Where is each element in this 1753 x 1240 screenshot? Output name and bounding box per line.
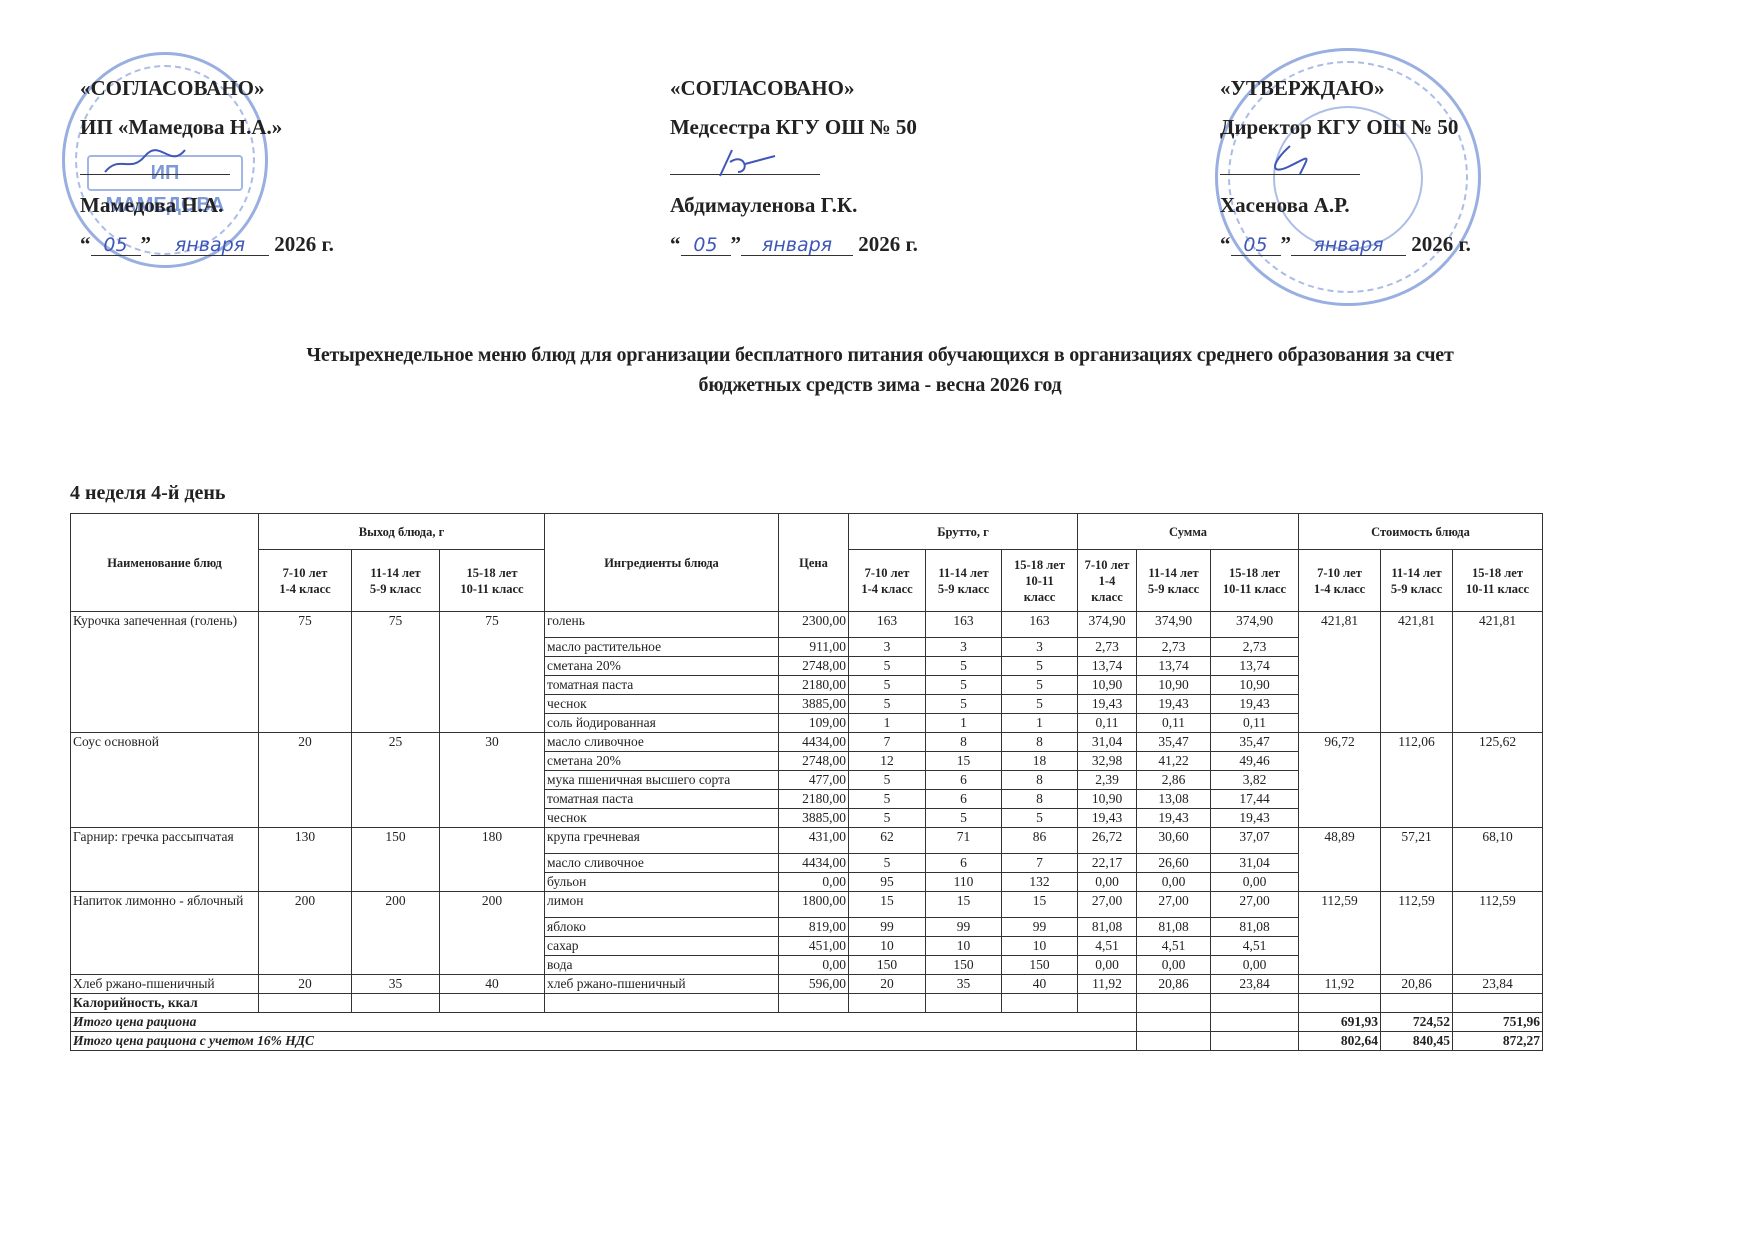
ingredient-sum-3: 23,84: [1211, 975, 1299, 994]
calories-cell: [545, 994, 779, 1013]
dish-cost-2: 112,06: [1381, 733, 1453, 828]
approval-name: Хасенова А.Р.: [1220, 195, 1471, 214]
ingredient-gross-2: 5: [926, 695, 1002, 714]
dish-yield-2: 75: [352, 612, 440, 733]
total-vat-row-value-2: 840,45: [1381, 1032, 1453, 1051]
calories-cell: [926, 994, 1002, 1013]
dish-yield-1: 75: [259, 612, 352, 733]
ingredient-gross-2: 15: [926, 752, 1002, 771]
ingredient-sum-3: 0,11: [1211, 714, 1299, 733]
total-vat-row-empty: [1137, 1032, 1211, 1051]
ingredient-sum-3: 49,46: [1211, 752, 1299, 771]
calories-cell: [1381, 994, 1453, 1013]
approval-name: Мамедова Н.А.: [80, 195, 334, 214]
ingredient-sum-3: 19,43: [1211, 809, 1299, 828]
ingredient-name: соль йодированная: [545, 714, 779, 733]
dish-yield-3: 30: [440, 733, 545, 828]
approval-name: Абдимауленова Г.К.: [670, 195, 918, 214]
ingredient-price: 2748,00: [779, 657, 849, 676]
ingredient-gross-3: 10: [1002, 937, 1078, 956]
approval-position: Директор КГУ ОШ № 50: [1220, 117, 1471, 136]
ingredient-gross-1: 5: [849, 695, 926, 714]
ingredient-gross-3: 3: [1002, 638, 1078, 657]
dish-yield-3: 75: [440, 612, 545, 733]
ingredient-name: вода: [545, 956, 779, 975]
ingredient-gross-3: 8: [1002, 790, 1078, 809]
calories-cell: [849, 994, 926, 1013]
header-dish-name: Наименование блюд: [71, 514, 259, 612]
ingredient-sum-1: 11,92: [1078, 975, 1137, 994]
dish-yield-1: 20: [259, 975, 352, 994]
ingredient-sum-1: 0,00: [1078, 873, 1137, 892]
ingredient-gross-3: 8: [1002, 771, 1078, 790]
ingredient-sum-3: 17,44: [1211, 790, 1299, 809]
total-row: Итого цена рациона691,93724,52751,96: [71, 1013, 1543, 1032]
signature-line: [1220, 156, 1471, 175]
ingredient-name: бульон: [545, 873, 779, 892]
date-month: января: [175, 234, 245, 256]
ingredient-gross-3: 40: [1002, 975, 1078, 994]
ingredient-sum-2: 374,90: [1137, 612, 1211, 638]
dish-yield-1: 130: [259, 828, 352, 892]
ingredient-sum-2: 13,74: [1137, 657, 1211, 676]
ingredient-sum-2: 30,60: [1137, 828, 1211, 854]
ingredient-sum-3: 19,43: [1211, 695, 1299, 714]
dish-name: Хлеб ржано-пшеничный: [71, 975, 259, 994]
header-yield-age-2: 11-14 лет5-9 класс: [352, 550, 440, 612]
total-row-label: Итого цена рациона: [71, 1013, 1137, 1032]
total-row-value-1: 691,93: [1299, 1013, 1381, 1032]
ingredient-sum-2: 41,22: [1137, 752, 1211, 771]
calories-cell: [1078, 994, 1137, 1013]
ingredient-gross-2: 5: [926, 809, 1002, 828]
header-sum: Сумма: [1078, 514, 1299, 550]
ingredient-gross-3: 86: [1002, 828, 1078, 854]
signature-icon: [100, 144, 190, 178]
total-row-value-3: 751,96: [1453, 1013, 1543, 1032]
ingredient-price: 596,00: [779, 975, 849, 994]
calories-cell: [1002, 994, 1078, 1013]
date-year: 2026 г.: [274, 232, 334, 256]
ingredient-sum-3: 31,04: [1211, 854, 1299, 873]
ingredient-sum-3: 4,51: [1211, 937, 1299, 956]
approval-date: “05”января 2026 г.: [1220, 234, 1471, 256]
ingredient-gross-1: 62: [849, 828, 926, 854]
ingredient-sum-1: 2,39: [1078, 771, 1137, 790]
ingredient-name: мука пшеничная высшего сорта: [545, 771, 779, 790]
signature-icon: [1240, 144, 1330, 178]
header-sum-age-3: 15-18 лет10-11 класс: [1211, 550, 1299, 612]
header-ingredients: Ингредиенты блюда: [545, 514, 779, 612]
ingredient-name: крупа гречневая: [545, 828, 779, 854]
ingredient-sum-2: 2,86: [1137, 771, 1211, 790]
ingredient-gross-1: 5: [849, 657, 926, 676]
dish-cost-2: 421,81: [1381, 612, 1453, 733]
dish-cost-2: 112,59: [1381, 892, 1453, 975]
ingredient-gross-2: 10: [926, 937, 1002, 956]
ingredient-gross-3: 163: [1002, 612, 1078, 638]
ingredient-sum-2: 10,90: [1137, 676, 1211, 695]
ingredient-name: чеснок: [545, 809, 779, 828]
ingredient-sum-3: 3,82: [1211, 771, 1299, 790]
ingredient-gross-1: 163: [849, 612, 926, 638]
dish-cost-3: 421,81: [1453, 612, 1543, 733]
ingredient-gross-1: 5: [849, 790, 926, 809]
ingredient-name: сахар: [545, 937, 779, 956]
ingredient-sum-1: 10,90: [1078, 790, 1137, 809]
ingredient-sum-3: 0,00: [1211, 956, 1299, 975]
total-vat-row-empty: [1211, 1032, 1299, 1051]
dish-yield-1: 200: [259, 892, 352, 975]
ingredient-gross-3: 1: [1002, 714, 1078, 733]
ingredient-sum-2: 2,73: [1137, 638, 1211, 657]
calories-cell: [1137, 994, 1211, 1013]
ingredient-gross-1: 5: [849, 809, 926, 828]
ingredient-gross-3: 5: [1002, 676, 1078, 695]
ingredient-sum-1: 10,90: [1078, 676, 1137, 695]
ingredient-name: сметана 20%: [545, 752, 779, 771]
ingredient-price: 2180,00: [779, 676, 849, 695]
ingredient-sum-2: 26,60: [1137, 854, 1211, 873]
title-line-2: бюджетных средств зима - весна 2026 год: [80, 370, 1680, 400]
ingredient-sum-1: 32,98: [1078, 752, 1137, 771]
ingredient-price: 451,00: [779, 937, 849, 956]
ingredient-sum-1: 26,72: [1078, 828, 1137, 854]
ingredient-gross-1: 95: [849, 873, 926, 892]
approval-nurse: «СОГЛАСОВАНО» Медсестра КГУ ОШ № 50 Абди…: [670, 78, 918, 256]
date-day: 05: [1243, 234, 1267, 256]
ingredient-name: лимон: [545, 892, 779, 918]
signature-line: [670, 156, 918, 175]
ingredient-gross-1: 5: [849, 854, 926, 873]
table-row: Соус основной202530масло сливочное4434,0…: [71, 733, 1543, 752]
header-gross-age-2: 11-14 лет5-9 класс: [926, 550, 1002, 612]
header-sum-age-1: 7-10 лет1-4класс: [1078, 550, 1137, 612]
header-gross: Брутто, г: [849, 514, 1078, 550]
total-vat-row-value-1: 802,64: [1299, 1032, 1381, 1051]
calories-cell: [1299, 994, 1381, 1013]
ingredient-gross-1: 5: [849, 771, 926, 790]
dish-cost-1: 48,89: [1299, 828, 1381, 892]
header-yield: Выход блюда, г: [259, 514, 545, 550]
dish-cost-2: 20,86: [1381, 975, 1453, 994]
header-sum-age-2: 11-14 лет5-9 класс: [1137, 550, 1211, 612]
ingredient-price: 2300,00: [779, 612, 849, 638]
header-cost: Стоимость блюда: [1299, 514, 1543, 550]
approval-date: “05”января 2026 г.: [80, 234, 334, 256]
table-row: Напиток лимонно - яблочный200200200лимон…: [71, 892, 1543, 918]
dish-cost-3: 125,62: [1453, 733, 1543, 828]
dish-yield-3: 40: [440, 975, 545, 994]
dish-yield-1: 20: [259, 733, 352, 828]
ingredient-sum-3: 0,00: [1211, 873, 1299, 892]
ingredient-sum-1: 19,43: [1078, 695, 1137, 714]
ingredient-gross-3: 15: [1002, 892, 1078, 918]
dish-yield-2: 150: [352, 828, 440, 892]
ingredient-sum-2: 0,00: [1137, 956, 1211, 975]
approval-heading: «УТВЕРЖДАЮ»: [1220, 78, 1471, 97]
approval-director: «УТВЕРЖДАЮ» Директор КГУ ОШ № 50 Хасенов…: [1220, 78, 1471, 256]
calories-label: Калорийность, ккал: [71, 994, 259, 1013]
ingredient-name: масло растительное: [545, 638, 779, 657]
ingredient-sum-1: 22,17: [1078, 854, 1137, 873]
ingredient-gross-1: 5: [849, 676, 926, 695]
approval-ip: «СОГЛАСОВАНО» ИП «Мамедова Н.А.» Мамедов…: [80, 78, 334, 256]
ingredient-gross-3: 150: [1002, 956, 1078, 975]
ingredient-sum-3: 2,73: [1211, 638, 1299, 657]
date-day: 05: [103, 234, 127, 256]
approval-position: Медсестра КГУ ОШ № 50: [670, 117, 918, 136]
ingredient-gross-2: 6: [926, 790, 1002, 809]
menu-table: Наименование блюд Выход блюда, г Ингреди…: [70, 513, 1543, 1051]
ingredient-gross-2: 5: [926, 676, 1002, 695]
ingredient-sum-1: 0,00: [1078, 956, 1137, 975]
ingredient-gross-3: 132: [1002, 873, 1078, 892]
ingredient-name: чеснок: [545, 695, 779, 714]
dish-cost-3: 68,10: [1453, 828, 1543, 892]
ingredient-gross-2: 35: [926, 975, 1002, 994]
total-row-value-2: 724,52: [1381, 1013, 1453, 1032]
ingredient-name: томатная паста: [545, 790, 779, 809]
total-vat-row: Итого цена рациона с учетом 16% НДС802,6…: [71, 1032, 1543, 1051]
ingredient-sum-3: 10,90: [1211, 676, 1299, 695]
ingredient-price: 3885,00: [779, 695, 849, 714]
ingredient-gross-2: 71: [926, 828, 1002, 854]
ingredient-sum-1: 27,00: [1078, 892, 1137, 918]
ingredient-gross-2: 6: [926, 854, 1002, 873]
ingredient-price: 4434,00: [779, 733, 849, 752]
ingredient-sum-1: 2,73: [1078, 638, 1137, 657]
date-month: января: [762, 234, 832, 256]
ingredient-sum-2: 0,00: [1137, 873, 1211, 892]
header-yield-age-3: 15-18 лет10-11 класс: [440, 550, 545, 612]
dish-cost-1: 421,81: [1299, 612, 1381, 733]
ingredient-name: масло сливочное: [545, 733, 779, 752]
dish-name: Соус основной: [71, 733, 259, 828]
ingredient-sum-3: 374,90: [1211, 612, 1299, 638]
ingredient-sum-3: 13,74: [1211, 657, 1299, 676]
signature-line: [80, 156, 334, 175]
dish-yield-3: 200: [440, 892, 545, 975]
ingredient-gross-2: 99: [926, 918, 1002, 937]
ingredient-name: голень: [545, 612, 779, 638]
table-row: Курочка запеченная (голень)757575голень2…: [71, 612, 1543, 638]
dish-name: Напиток лимонно - яблочный: [71, 892, 259, 975]
ingredient-gross-2: 150: [926, 956, 1002, 975]
approval-date: “05”января 2026 г.: [670, 234, 918, 256]
ingredient-name: хлеб ржано-пшеничный: [545, 975, 779, 994]
ingredient-sum-1: 13,74: [1078, 657, 1137, 676]
ingredient-sum-2: 19,43: [1137, 809, 1211, 828]
ingredient-price: 2180,00: [779, 790, 849, 809]
ingredient-gross-3: 5: [1002, 695, 1078, 714]
ingredient-sum-3: 37,07: [1211, 828, 1299, 854]
dish-cost-3: 112,59: [1453, 892, 1543, 975]
ingredient-gross-2: 110: [926, 873, 1002, 892]
ingredient-sum-2: 81,08: [1137, 918, 1211, 937]
date-month: января: [1313, 234, 1383, 256]
ingredient-name: сметана 20%: [545, 657, 779, 676]
ingredient-gross-1: 12: [849, 752, 926, 771]
dish-name: Курочка запеченная (голень): [71, 612, 259, 733]
dish-yield-3: 180: [440, 828, 545, 892]
total-vat-row-value-3: 872,27: [1453, 1032, 1543, 1051]
dish-cost-1: 96,72: [1299, 733, 1381, 828]
header-cost-age-3: 15-18 лет10-11 класс: [1453, 550, 1543, 612]
calories-cell: [1453, 994, 1543, 1013]
dish-cost-3: 23,84: [1453, 975, 1543, 994]
ingredient-sum-3: 81,08: [1211, 918, 1299, 937]
ingredient-gross-1: 3: [849, 638, 926, 657]
ingredient-gross-2: 163: [926, 612, 1002, 638]
ingredient-price: 109,00: [779, 714, 849, 733]
approval-heading: «СОГЛАСОВАНО»: [670, 78, 918, 97]
ingredient-gross-2: 8: [926, 733, 1002, 752]
ingredient-name: томатная паста: [545, 676, 779, 695]
dish-yield-2: 200: [352, 892, 440, 975]
ingredient-gross-1: 15: [849, 892, 926, 918]
ingredient-sum-2: 13,08: [1137, 790, 1211, 809]
title-line-1: Четырехнедельное меню блюд для организац…: [80, 340, 1680, 370]
ingredient-gross-2: 15: [926, 892, 1002, 918]
signature-icon: [690, 144, 780, 178]
document-title: Четырехнедельное меню блюд для организац…: [80, 340, 1680, 400]
calories-row: Калорийность, ккал: [71, 994, 1543, 1013]
ingredient-sum-2: 20,86: [1137, 975, 1211, 994]
ingredient-gross-1: 20: [849, 975, 926, 994]
ingredient-gross-2: 5: [926, 657, 1002, 676]
header-price: Цена: [779, 514, 849, 612]
dish-cost-2: 57,21: [1381, 828, 1453, 892]
ingredient-sum-2: 35,47: [1137, 733, 1211, 752]
ingredient-price: 911,00: [779, 638, 849, 657]
approval-heading: «СОГЛАСОВАНО»: [80, 78, 334, 97]
ingredient-gross-1: 99: [849, 918, 926, 937]
calories-cell: [259, 994, 352, 1013]
dish-cost-1: 112,59: [1299, 892, 1381, 975]
ingredient-sum-2: 19,43: [1137, 695, 1211, 714]
ingredient-price: 2748,00: [779, 752, 849, 771]
calories-cell: [779, 994, 849, 1013]
ingredient-price: 477,00: [779, 771, 849, 790]
day-label: 4 неделя 4-й день: [70, 482, 225, 505]
ingredient-gross-1: 7: [849, 733, 926, 752]
calories-cell: [352, 994, 440, 1013]
ingredient-name: яблоко: [545, 918, 779, 937]
ingredient-gross-3: 18: [1002, 752, 1078, 771]
ingredient-price: 1800,00: [779, 892, 849, 918]
ingredient-price: 3885,00: [779, 809, 849, 828]
ingredient-gross-3: 7: [1002, 854, 1078, 873]
ingredient-sum-3: 27,00: [1211, 892, 1299, 918]
ingredient-gross-3: 99: [1002, 918, 1078, 937]
dish-cost-1: 11,92: [1299, 975, 1381, 994]
ingredient-sum-1: 374,90: [1078, 612, 1137, 638]
header-gross-age-3: 15-18 лет10-11класс: [1002, 550, 1078, 612]
ingredient-price: 4434,00: [779, 854, 849, 873]
ingredient-sum-2: 27,00: [1137, 892, 1211, 918]
approval-position: ИП «Мамедова Н.А.»: [80, 117, 334, 136]
ingredient-sum-1: 19,43: [1078, 809, 1137, 828]
dish-yield-2: 35: [352, 975, 440, 994]
ingredient-gross-1: 10: [849, 937, 926, 956]
table-row: Гарнир: гречка рассыпчатая130150180крупа…: [71, 828, 1543, 854]
ingredient-sum-2: 0,11: [1137, 714, 1211, 733]
dish-name: Гарнир: гречка рассыпчатая: [71, 828, 259, 892]
ingredient-gross-2: 3: [926, 638, 1002, 657]
ingredient-gross-3: 5: [1002, 809, 1078, 828]
date-year: 2026 г.: [1411, 232, 1471, 256]
ingredient-sum-2: 4,51: [1137, 937, 1211, 956]
ingredient-sum-1: 0,11: [1078, 714, 1137, 733]
ingredient-price: 0,00: [779, 956, 849, 975]
ingredient-gross-3: 5: [1002, 657, 1078, 676]
ingredient-sum-1: 31,04: [1078, 733, 1137, 752]
header-gross-age-1: 7-10 лет1-4 класс: [849, 550, 926, 612]
ingredient-price: 0,00: [779, 873, 849, 892]
date-year: 2026 г.: [858, 232, 918, 256]
ingredient-sum-3: 35,47: [1211, 733, 1299, 752]
total-row-empty: [1137, 1013, 1211, 1032]
calories-cell: [440, 994, 545, 1013]
ingredient-gross-2: 6: [926, 771, 1002, 790]
ingredient-name: масло сливочное: [545, 854, 779, 873]
ingredient-sum-1: 4,51: [1078, 937, 1137, 956]
header-cost-age-1: 7-10 лет1-4 класс: [1299, 550, 1381, 612]
ingredient-gross-1: 1: [849, 714, 926, 733]
header-yield-age-1: 7-10 лет1-4 класс: [259, 550, 352, 612]
total-row-empty: [1211, 1013, 1299, 1032]
ingredient-price: 431,00: [779, 828, 849, 854]
ingredient-sum-1: 81,08: [1078, 918, 1137, 937]
calories-cell: [1211, 994, 1299, 1013]
dish-yield-2: 25: [352, 733, 440, 828]
table-row: Хлеб ржано-пшеничный203540хлеб ржано-пше…: [71, 975, 1543, 994]
date-day: 05: [693, 234, 717, 256]
ingredient-price: 819,00: [779, 918, 849, 937]
total-vat-row-label: Итого цена рациона с учетом 16% НДС: [71, 1032, 1137, 1051]
ingredient-gross-2: 1: [926, 714, 1002, 733]
ingredient-gross-3: 8: [1002, 733, 1078, 752]
ingredient-gross-1: 150: [849, 956, 926, 975]
header-cost-age-2: 11-14 лет5-9 класс: [1381, 550, 1453, 612]
